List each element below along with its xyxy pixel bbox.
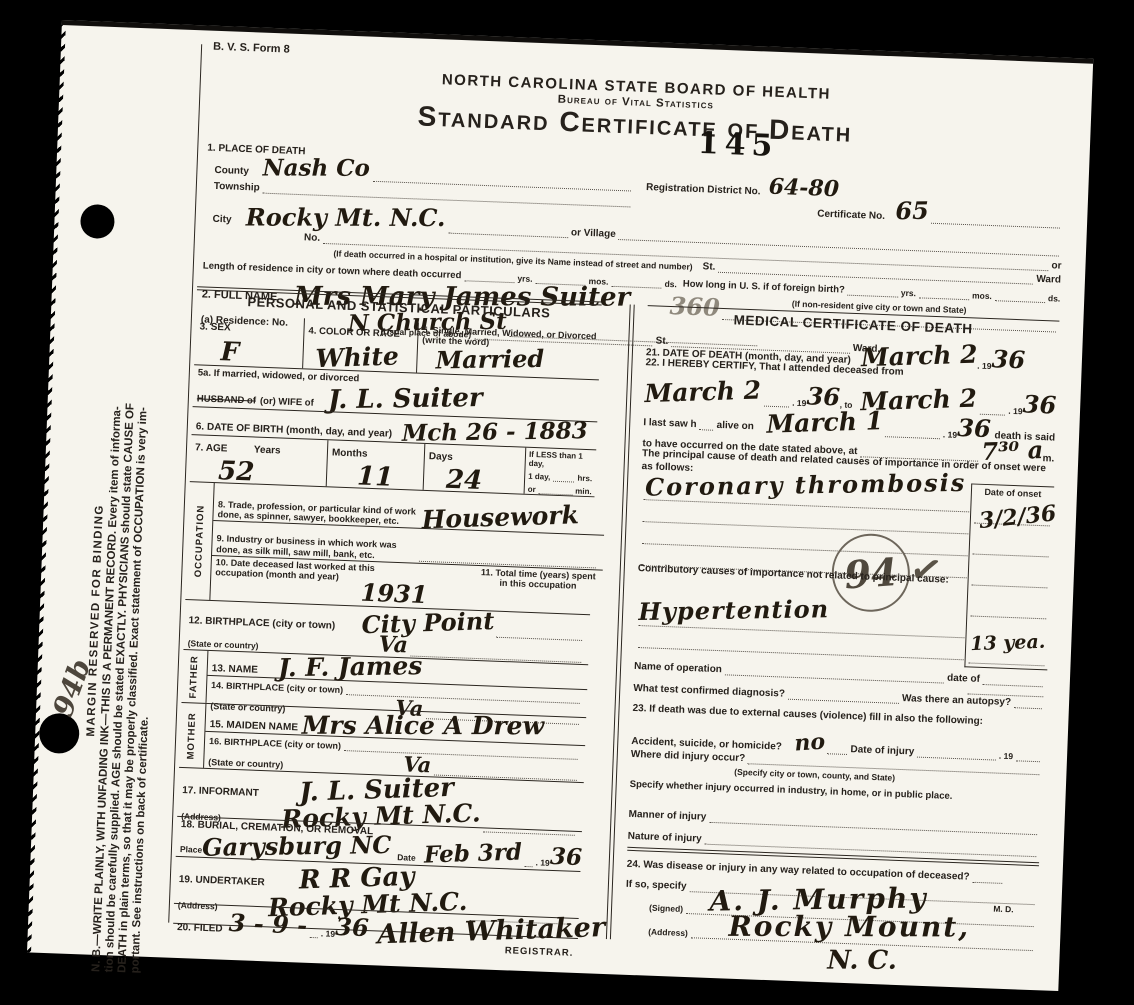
foreign-ds-line — [995, 288, 1046, 303]
attended-to-year: 36 — [1022, 392, 1056, 417]
sex-cell: 3. SEX F — [194, 314, 305, 368]
manner-line — [709, 810, 1037, 835]
certificate-stamp-number: 145 — [697, 129, 779, 162]
dod-19-label: . 19 — [977, 361, 992, 372]
injury-19-label: . 19 — [999, 751, 1014, 762]
if-so-label: If so, specify — [626, 879, 687, 892]
sex-value: F — [220, 339, 299, 368]
physician-address-value-2: N. C. — [827, 948, 897, 974]
accident-line — [827, 741, 847, 755]
operation-label: Name of operation — [634, 661, 722, 675]
occupation-group: OCCUPATION 8. Trade, profession, or part… — [185, 481, 594, 614]
occupation-fields: 8. Trade, profession, or particular kind… — [210, 483, 605, 615]
age-months-cell: Months 11 — [327, 440, 426, 490]
foreign-mos-line — [919, 285, 970, 300]
foreign-ds-label: ds. — [1048, 293, 1061, 303]
punch-hole-top — [80, 204, 115, 239]
filed-label: 20. FILED — [177, 922, 223, 935]
operation-line — [725, 662, 945, 683]
onset-line-4 — [970, 604, 1046, 620]
ward-label: Ward — [1036, 274, 1061, 286]
registration-label: Registration District No. — [646, 182, 761, 197]
test-line — [788, 687, 900, 704]
filed-19-label: . 19 — [321, 928, 336, 939]
cause-line-2 — [643, 509, 969, 534]
certificate-no-value: 65 — [895, 199, 929, 223]
race-value: White — [315, 343, 413, 371]
burial-date-value: Feb 3rd — [424, 840, 523, 866]
specify-city-note: (Specify city or town, county, and State… — [734, 767, 895, 783]
dod-year-value: 36 — [991, 347, 1025, 372]
hrs-label: hrs. — [577, 474, 592, 484]
contributory-value: Hypertention — [638, 597, 829, 624]
county-label: County — [214, 165, 249, 177]
mother-side-cell: MOTHER — [179, 703, 206, 768]
registrar-label: REGISTRAR. — [505, 945, 574, 959]
husband-of-label: HUSBAND of — [197, 393, 256, 406]
father-side-label: FATHER — [188, 655, 201, 699]
foreign-yrs-line — [848, 283, 899, 298]
trade-value: Housework — [421, 503, 579, 533]
foreign-yrs-label: yrs. — [901, 288, 916, 299]
physician-address-value: Rocky Mount, — [728, 913, 970, 942]
operation-date-label: date of — [947, 673, 980, 685]
principal-onset-value: 3/2/36 — [978, 502, 1057, 532]
form-code: B. V. S. Form 8 — [213, 41, 290, 56]
min-line — [539, 481, 573, 495]
scanned-death-certificate: { "scan": { "form_code": "B. V. S. Form … — [0, 0, 1134, 1005]
total-time-label: 11. Total time (years) spent in this occ… — [478, 567, 599, 592]
age-label: 7. AGE — [195, 442, 228, 454]
burial-line — [524, 854, 532, 867]
onset-header: Date of onset — [972, 486, 1054, 499]
marital-value: Married — [435, 346, 595, 372]
autopsy-line — [1014, 695, 1042, 709]
or-less-label: or — [528, 485, 536, 494]
township-label: Township — [214, 181, 260, 194]
physician-address-label: (Address) — [648, 927, 688, 938]
race-cell: 4. COLOR OR RACE White — [303, 318, 419, 372]
accident-value: no — [793, 731, 825, 755]
last-worked-value: 1931 — [360, 581, 428, 607]
md-label: M. D. — [993, 904, 1014, 915]
where-label: Where did injury occur? — [631, 749, 746, 764]
certificate-paper: MARGIN RESERVED FOR BINDING N. B.—WRITE … — [27, 20, 1093, 991]
village-label: or Village — [571, 227, 616, 240]
injury-year-line — [1016, 748, 1040, 762]
attended-19b: . 19 — [1008, 406, 1023, 417]
less-than-label: If LESS than 1 day, — [529, 450, 594, 470]
personal-table: 3. SEX F 4. COLOR OR RACE White 5. Singl… — [173, 314, 601, 939]
column-divider — [606, 304, 635, 939]
father-name-value: J. F. James — [278, 653, 423, 680]
certificate-no-line — [931, 211, 1060, 229]
attended-line1 — [764, 394, 790, 408]
hrs-line — [553, 469, 575, 483]
ds-label: ds. — [664, 279, 677, 289]
race-label: 4. COLOR OR RACE — [308, 325, 400, 339]
external-causes-label: 23. If death was due to external causes … — [632, 703, 983, 727]
contrib-line-2 — [638, 635, 964, 660]
city-value: Rocky Mt. N.C. — [246, 206, 446, 231]
certificate-no-label: Certificate No. — [817, 208, 885, 222]
onset-line-2 — [973, 542, 1049, 558]
mother-name-value: Mrs Alice A Drew — [302, 713, 544, 739]
dob-value: Mch 26 - 1883 — [402, 419, 588, 445]
occupation-side-cell: OCCUPATION — [185, 482, 214, 600]
operation-date-line — [983, 672, 1043, 687]
days-label: Days — [429, 451, 453, 463]
test-label: What test confirmed diagnosis? — [633, 683, 785, 700]
attended-from-year: 36 — [806, 384, 840, 409]
occupation-related-line — [972, 870, 1002, 884]
marital-cell: 5. Single, Married, Widowed, or Divorced… — [417, 323, 601, 380]
filed-line — [310, 925, 318, 938]
burial-place-value: Garysburg NC — [202, 833, 392, 860]
contributory-onset-value: 13 yea. — [970, 633, 1046, 654]
onset-box: Date of onset 3/2/36 13 yea. — [964, 483, 1054, 670]
mother-side-label: MOTHER — [186, 712, 199, 760]
county-value: Nash Co — [263, 157, 370, 180]
onset-line-3 — [971, 573, 1047, 589]
registrar-signature: Allen Whitaker — [376, 914, 605, 948]
certificate-no-row: Certificate No. 65 — [817, 195, 1064, 228]
foreign-mos-label: mos. — [972, 290, 992, 301]
specify-place-note: Specify whether injury occurred in indus… — [630, 779, 953, 802]
occupation-side-label: OCCUPATION — [193, 505, 207, 578]
filed-value: 3 - 9 - — [228, 911, 307, 938]
age-less-cell: If LESS than 1 day, 1 day,hrs. ormin. — [525, 448, 597, 497]
nature-label: Nature of injury — [628, 831, 702, 845]
city-label: City — [212, 214, 231, 226]
burial-19-label: . 19 — [535, 857, 550, 868]
burial-place-label: Place — [180, 844, 203, 855]
or-label: or — [1051, 260, 1061, 271]
attended-from-value: March 2 — [644, 377, 761, 406]
st-label: St. — [702, 261, 715, 272]
years-label: Years — [254, 445, 281, 457]
yrs-line — [464, 268, 515, 283]
autopsy-label: Was there an autopsy? — [902, 693, 1011, 708]
day-label: 1 day, — [528, 472, 550, 482]
age-years-cell: 7. AGE Years 52 — [190, 435, 329, 486]
father-side-cell: FATHER — [181, 650, 208, 703]
manner-label: Manner of injury — [628, 809, 706, 823]
months-label: Months — [332, 447, 368, 459]
age-days-cell: Days 24 — [424, 444, 527, 494]
attended-19a: . 19 — [792, 398, 807, 409]
spouse-value: J. L. Suiter — [328, 385, 483, 413]
filed-year-value: 36 — [335, 915, 369, 940]
burial-year-value: 36 — [550, 845, 583, 869]
wife-of-label: (or) WIFE of — [260, 396, 314, 409]
no-label: No. — [304, 232, 321, 244]
birthplace-value: City Point — [361, 609, 494, 637]
signed-label: (Signed) — [649, 903, 683, 914]
principal-cause-value: Coronary thrombosis — [645, 471, 967, 500]
father-name-label: 13. NAME — [212, 663, 259, 676]
mother-birthplace-value: Va — [403, 753, 432, 775]
sex-label: 3. SEX — [199, 321, 231, 333]
